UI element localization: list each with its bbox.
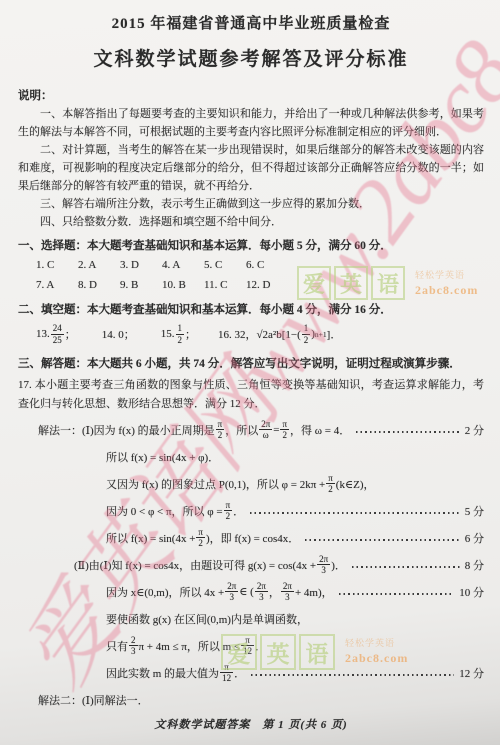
choice-answer: 11. C [204, 279, 246, 291]
solution-line: 所以 f(x) = sin(4x + π2)，即 f(x) = cos4x．6 … [18, 524, 484, 551]
solution-line: 解法一：(Ⅰ)因为 f(x) 的最小正周期是 π2，所以 2πω = π2，得 … [18, 416, 484, 443]
document-content: 2015 年福建省普通高中毕业班质量检查 文科数学试题参考解答及评分标准 说明：… [0, 0, 500, 745]
fraction-denominator: 3 [255, 592, 268, 602]
math-text: )． [331, 557, 346, 573]
choice-answers-row: 1. C 2. A 3. D 4. A 5. C 6. C [18, 255, 484, 275]
fraction-numerator: 2π [255, 581, 268, 592]
fraction-denominator: 2 [280, 430, 289, 440]
solution-line: 要使函数 g(x) 在区间(0,m)内是单调函数， [18, 605, 484, 632]
math-text: 15. [161, 328, 175, 340]
math-text: 16. 32，√2a²b[1−( [218, 326, 301, 342]
fraction: π2 [224, 500, 233, 522]
scanned-exam-page: 2015 年福建省普通高中毕业班质量检查 文科数学试题参考解答及评分标准 说明：… [0, 0, 500, 745]
fraction-numerator: 2π [259, 419, 272, 430]
math-text: + 4m)， [295, 584, 333, 600]
math-text: 因为 0 < φ < π，所以 φ = [106, 503, 223, 519]
fraction-numerator: 1 [302, 323, 311, 334]
math-text: ，得 ω = 4． [290, 422, 350, 438]
dot-leader [250, 512, 460, 514]
note-item: 三、解答右端所注分数，表示考生正确做到这一步应得的累加分数． [18, 195, 484, 213]
fraction: 12 [302, 323, 311, 345]
page-footer: 文科数学试题答案 第 1 页(共 6 页) [18, 716, 484, 732]
choice-answer: 7. A [36, 279, 78, 291]
fraction-numerator: 1 [176, 323, 185, 334]
fraction: π2 [196, 527, 205, 549]
fraction-denominator: 3 [281, 592, 294, 602]
fraction-denominator: 2 [196, 538, 205, 548]
fraction-denominator: ω [259, 430, 272, 440]
note-item: 二、对计算题，当考生的解答在某一步出现错误时，如果后继部分的解答未改变该题的内容… [18, 141, 484, 195]
choice-answer: 10. B [162, 279, 204, 291]
solution-line: 所以 f(x) = sin(4x + φ)． [18, 443, 484, 470]
fraction-denominator: 3 [129, 646, 138, 656]
fraction-denominator: 12 [241, 646, 254, 656]
math-text: π + 4m ≤ π，所以 m ≤ [139, 638, 241, 654]
math-text: 解法一：(Ⅰ)因为 f(x) 的最小正周期是 [38, 422, 215, 438]
math-text: 13. [36, 328, 50, 340]
score-label: 5 分 [465, 503, 484, 519]
math-text: 只有 [106, 638, 128, 654]
math-text: 因为 x∈(0,m)，所以 4x + [106, 584, 224, 600]
fraction-numerator: π [196, 527, 205, 538]
question-17-intro: 17. 本小题主要考查三角函数的图象与性质、三角恒等变换等基础知识，考查运算求解… [18, 376, 484, 413]
note-item: 四、只给整数分数．选择题和填空题不给中间分． [18, 213, 484, 231]
fraction: 2πω [259, 419, 272, 441]
choice-answer: 2. A [78, 259, 120, 271]
score-label: 12 分 [459, 665, 484, 681]
fraction: 12 [176, 323, 185, 345]
fraction-numerator: π [220, 662, 233, 673]
fraction-numerator: 2π [225, 581, 238, 592]
document-subtitle: 文科数学试题参考解答及评分标准 [18, 47, 484, 72]
fraction: π12 [241, 635, 254, 657]
math-text: ∈ ( [239, 585, 254, 598]
fraction-numerator: π [216, 419, 225, 430]
solution-section-heading: 三、解答题：本大题共 6 小题，共 74 分．解答应写出文字说明，证明过程或演算… [18, 355, 484, 373]
fraction-denominator: 2 [302, 335, 311, 345]
choice-answer: 1. C [36, 259, 78, 271]
solution-line: 只有 23π + 4m ≤ π，所以 m ≤ π12． [18, 632, 484, 659]
dot-leader [356, 431, 460, 433]
math-text: ]． [327, 326, 342, 342]
dot-leader [339, 593, 455, 595]
fraction-denominator: 3 [317, 565, 330, 575]
math-text: ，所以 [225, 422, 258, 438]
math-text: ． [255, 638, 266, 654]
fraction: 2π3 [281, 581, 294, 603]
fraction-numerator: 2π [281, 581, 294, 592]
solution-line: 因为 x∈(0,m)，所以 4x + 2π3 ∈ (2π3，2π3 + 4m)，… [18, 578, 484, 605]
math-text: 所以 f(x) = sin(4x + φ)． [106, 449, 219, 465]
fraction: π2 [216, 419, 225, 441]
fraction: 2π3 [317, 554, 330, 576]
fraction-numerator: 2 [129, 635, 138, 646]
math-text: 要使函数 g(x) 在区间(0,m)内是单调函数， [106, 611, 308, 627]
solution-line: 解法二：(Ⅰ)同解法一． [18, 686, 484, 713]
fill-answers-line: 13. 2425；14. 0；15. 12；16. 32，√2a²b[1−(12… [18, 319, 484, 349]
fraction-denominator: 3 [225, 592, 238, 602]
spacer [196, 334, 218, 335]
fraction-numerator: π [280, 419, 289, 430]
fraction: 2π3 [225, 581, 238, 603]
fraction-denominator: 2 [216, 430, 225, 440]
solution-line: 又因为 f(x) 的图象过点 P(0,1)，所以 φ = 2kπ + π2(k∈… [18, 470, 484, 497]
fraction-denominator: 2 [326, 484, 335, 494]
fraction: π2 [280, 419, 289, 441]
score-label: 2 分 [465, 422, 484, 438]
dot-leader [251, 674, 454, 676]
solution-line: 因为 0 < φ < π，所以 φ = π2．5 分 [18, 497, 484, 524]
math-text: ， [269, 584, 280, 600]
fraction-numerator: π [241, 635, 254, 646]
fraction-numerator: π [224, 500, 233, 511]
dot-leader [352, 566, 460, 568]
fraction: π12 [220, 662, 233, 684]
math-text: (k∈Z)， [336, 476, 375, 492]
fraction-denominator: 12 [220, 673, 233, 683]
math-text: 所以 f(x) = sin(4x + [106, 530, 195, 546]
superscript: n+1 [315, 330, 327, 339]
choice-answer: 6. C [246, 259, 288, 271]
fraction-numerator: 2π [317, 554, 330, 565]
solution-line: (Ⅱ)由(Ⅰ)知 f(x) = cos4x，由题设可得 g(x) = cos(4… [18, 551, 484, 578]
score-label: 8 分 [465, 557, 484, 573]
choice-answer: 4. A [162, 259, 204, 271]
fraction: 23 [129, 635, 138, 657]
document-title: 2015 年福建省普通高中毕业班质量检查 [18, 14, 484, 34]
note-item: 一、本解答指出了每题要考查的主要知识和能力，并给出了一种或几种解法供参考，如果考… [18, 105, 484, 141]
notes-heading: 说明： [18, 87, 484, 105]
dot-leader [305, 539, 460, 541]
score-label: 6 分 [465, 530, 484, 546]
fraction-denominator: 25 [51, 335, 64, 345]
choice-answer: 9. B [120, 279, 162, 291]
math-text: 14. 0； [102, 326, 135, 342]
math-text: )，即 f(x) = cos4x． [206, 530, 299, 546]
fraction: 2425 [51, 323, 64, 345]
math-text: ． [233, 503, 244, 519]
spacer [135, 334, 161, 335]
fraction: 2π3 [255, 581, 268, 603]
choice-answer: 12. D [246, 279, 288, 291]
math-text: 因此实数 m 的最大值为 [106, 665, 219, 681]
choice-answer: 5. C [204, 259, 246, 271]
fraction-numerator: 24 [51, 323, 64, 334]
choice-answers-row: 7. A 8. D 9. B 10. B 11. C 12. D [18, 275, 484, 295]
fraction-denominator: 2 [224, 511, 233, 521]
math-text: ； [185, 326, 196, 342]
math-text: ． [234, 665, 245, 681]
solution-steps: 解法一：(Ⅰ)因为 f(x) 的最小正周期是 π2，所以 2πω = π2，得 … [18, 416, 484, 713]
solution-line: 因此实数 m 的最大值为 π12．12 分 [18, 659, 484, 686]
math-text: 又因为 f(x) 的图象过点 P(0,1)，所以 φ = 2kπ + [106, 476, 325, 492]
math-text: 解法二：(Ⅰ)同解法一． [38, 692, 149, 708]
fill-section-heading: 二、填空题：本大题考查基础知识和基本运算．每小题 4 分，满分 16 分． [18, 301, 484, 319]
score-label: 10 分 [459, 584, 484, 600]
math-text: ； [65, 326, 76, 342]
fraction-numerator: π [326, 473, 335, 484]
spacer [76, 334, 102, 335]
math-text: (Ⅱ)由(Ⅰ)知 f(x) = cos4x，由题设可得 g(x) = cos(4… [74, 557, 316, 573]
fraction: π2 [326, 473, 335, 495]
fraction-denominator: 2 [176, 335, 185, 345]
math-text: = [273, 424, 279, 436]
choice-answer: 8. D [78, 279, 120, 291]
choice-section-heading: 一、选择题：本大题考查基础知识和基本运算．每小题 5 分，满分 60 分． [18, 237, 484, 255]
choice-answer: 3. D [120, 259, 162, 271]
